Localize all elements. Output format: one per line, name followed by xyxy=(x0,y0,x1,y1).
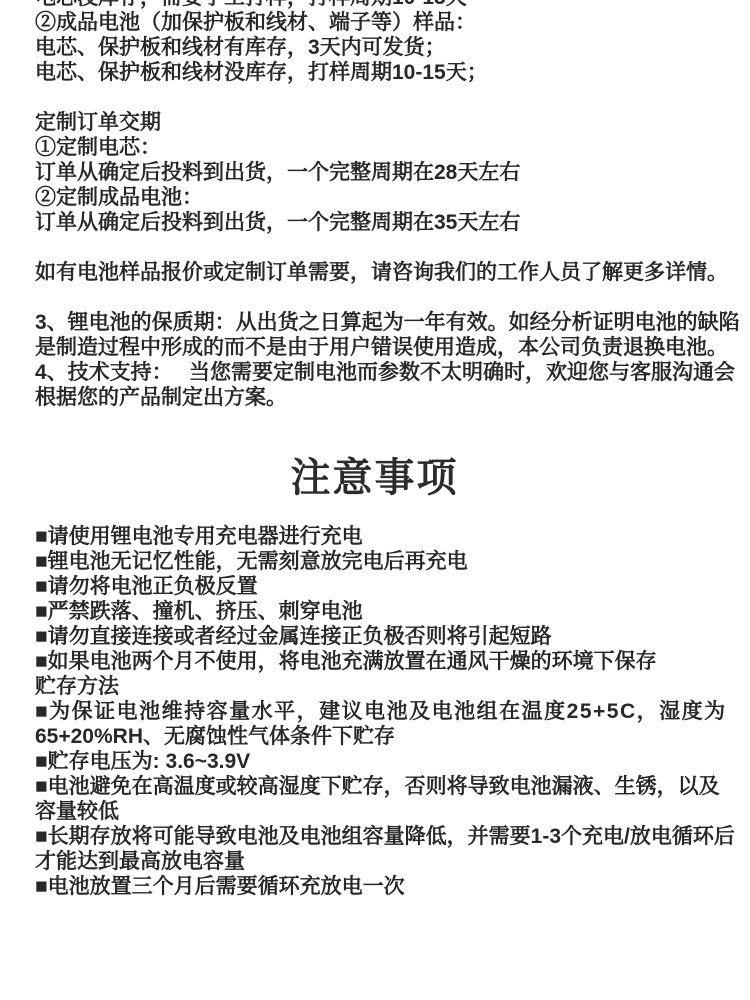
notice-line: ■请使用锂电池专用充电器进行充电 xyxy=(35,524,714,549)
tech-support-line: 根据您的产品制定出方案。 xyxy=(35,385,714,410)
custom-order-line: ①定制电芯： xyxy=(35,135,714,160)
notice-line: ■锂电池无记忆性能，无需刻意放完电后再充电 xyxy=(35,549,714,574)
warranty-line: 3、锂电池的保质期：从出货之日算起为一年有效。如经分析证明电池的缺陷 xyxy=(35,310,714,335)
sample-line: 电芯、保护板和线材有库存，3天内可发货； xyxy=(35,35,714,60)
custom-order-line: ②定制成品电池： xyxy=(35,185,714,210)
notice-line: ■长期存放将可能导致电池及电池组容量降低，并需要1-3个充电/放电循环后 xyxy=(35,824,714,849)
sample-clipped-line: 电芯没库存，需要手工打样，打样周期10-15天 xyxy=(35,0,714,10)
notice-line: ■贮存电压为: 3.6~3.9V xyxy=(35,749,714,774)
storage-method-label: 贮存方法 xyxy=(35,674,714,699)
inquiry-line: 如有电池样品报价或定制订单需要，请咨询我们的工作人员了解更多详情。 xyxy=(35,260,714,285)
notice-section: ■请使用锂电池专用充电器进行充电 ■锂电池无记忆性能，无需刻意放完电后再充电 ■… xyxy=(35,524,714,899)
inquiry-section: 如有电池样品报价或定制订单需要，请咨询我们的工作人员了解更多详情。 xyxy=(35,260,714,285)
custom-order-line: 订单从确定后投料到出货，一个完整周期在28天左右 xyxy=(35,160,714,185)
notice-line: ■请勿将电池正负极反置 xyxy=(35,574,714,599)
notice-line: ■如果电池两个月不使用，将电池充满放置在通风干燥的环境下保存 xyxy=(35,649,714,674)
notice-line: ■为保证电池维持容量水平，建议电池及电池组在温度25+5C，湿度为 xyxy=(35,699,714,724)
notice-line: ■电池放置三个月后需要循环充放电一次 xyxy=(35,874,714,899)
sample-line: ②成品电池（加保护板和线材、端子等）样品： xyxy=(35,10,714,35)
notice-line: 容量较低 xyxy=(35,799,714,824)
notice-heading: 注意事项 xyxy=(35,454,714,502)
sample-line: 电芯、保护板和线材没库存，打样周期10-15天； xyxy=(35,60,714,85)
custom-order-line: 订单从确定后投料到出货，一个完整周期在35天左右 xyxy=(35,210,714,235)
warranty-support-section: 3、锂电池的保质期：从出货之日算起为一年有效。如经分析证明电池的缺陷 是制造过程… xyxy=(35,310,714,410)
notice-line: ■电池避免在高温度或较高湿度下贮存，否则将导致电池漏液、生锈，以及 xyxy=(35,774,714,799)
custom-order-title: 定制订单交期 xyxy=(35,110,714,135)
custom-order-section: 定制订单交期 ①定制电芯： 订单从确定后投料到出货，一个完整周期在28天左右 ②… xyxy=(35,110,714,235)
notice-line: 65+20%RH、无腐蚀性气体条件下贮存 xyxy=(35,724,714,749)
product-description-page: 电芯没库存，需要手工打样，打样周期10-15天 ②成品电池（加保护板和线材、端子… xyxy=(0,0,750,899)
notice-line: ■严禁跌落、撞机、挤压、刺穿电池 xyxy=(35,599,714,624)
notice-line: ■请勿直接连接或者经过金属连接正负极否则将引起短路 xyxy=(35,624,714,649)
sample-delivery-section: 电芯没库存，需要手工打样，打样周期10-15天 ②成品电池（加保护板和线材、端子… xyxy=(35,0,714,85)
notice-line: 才能达到最高放电容量 xyxy=(35,849,714,874)
warranty-line: 是制造过程中形成的而不是由于用户错误使用造成，本公司负责退换电池。 xyxy=(35,335,714,360)
tech-support-line: 4、技术支持： 当您需要定制电池而参数不太明确时，欢迎您与客服沟通会 xyxy=(35,360,714,385)
